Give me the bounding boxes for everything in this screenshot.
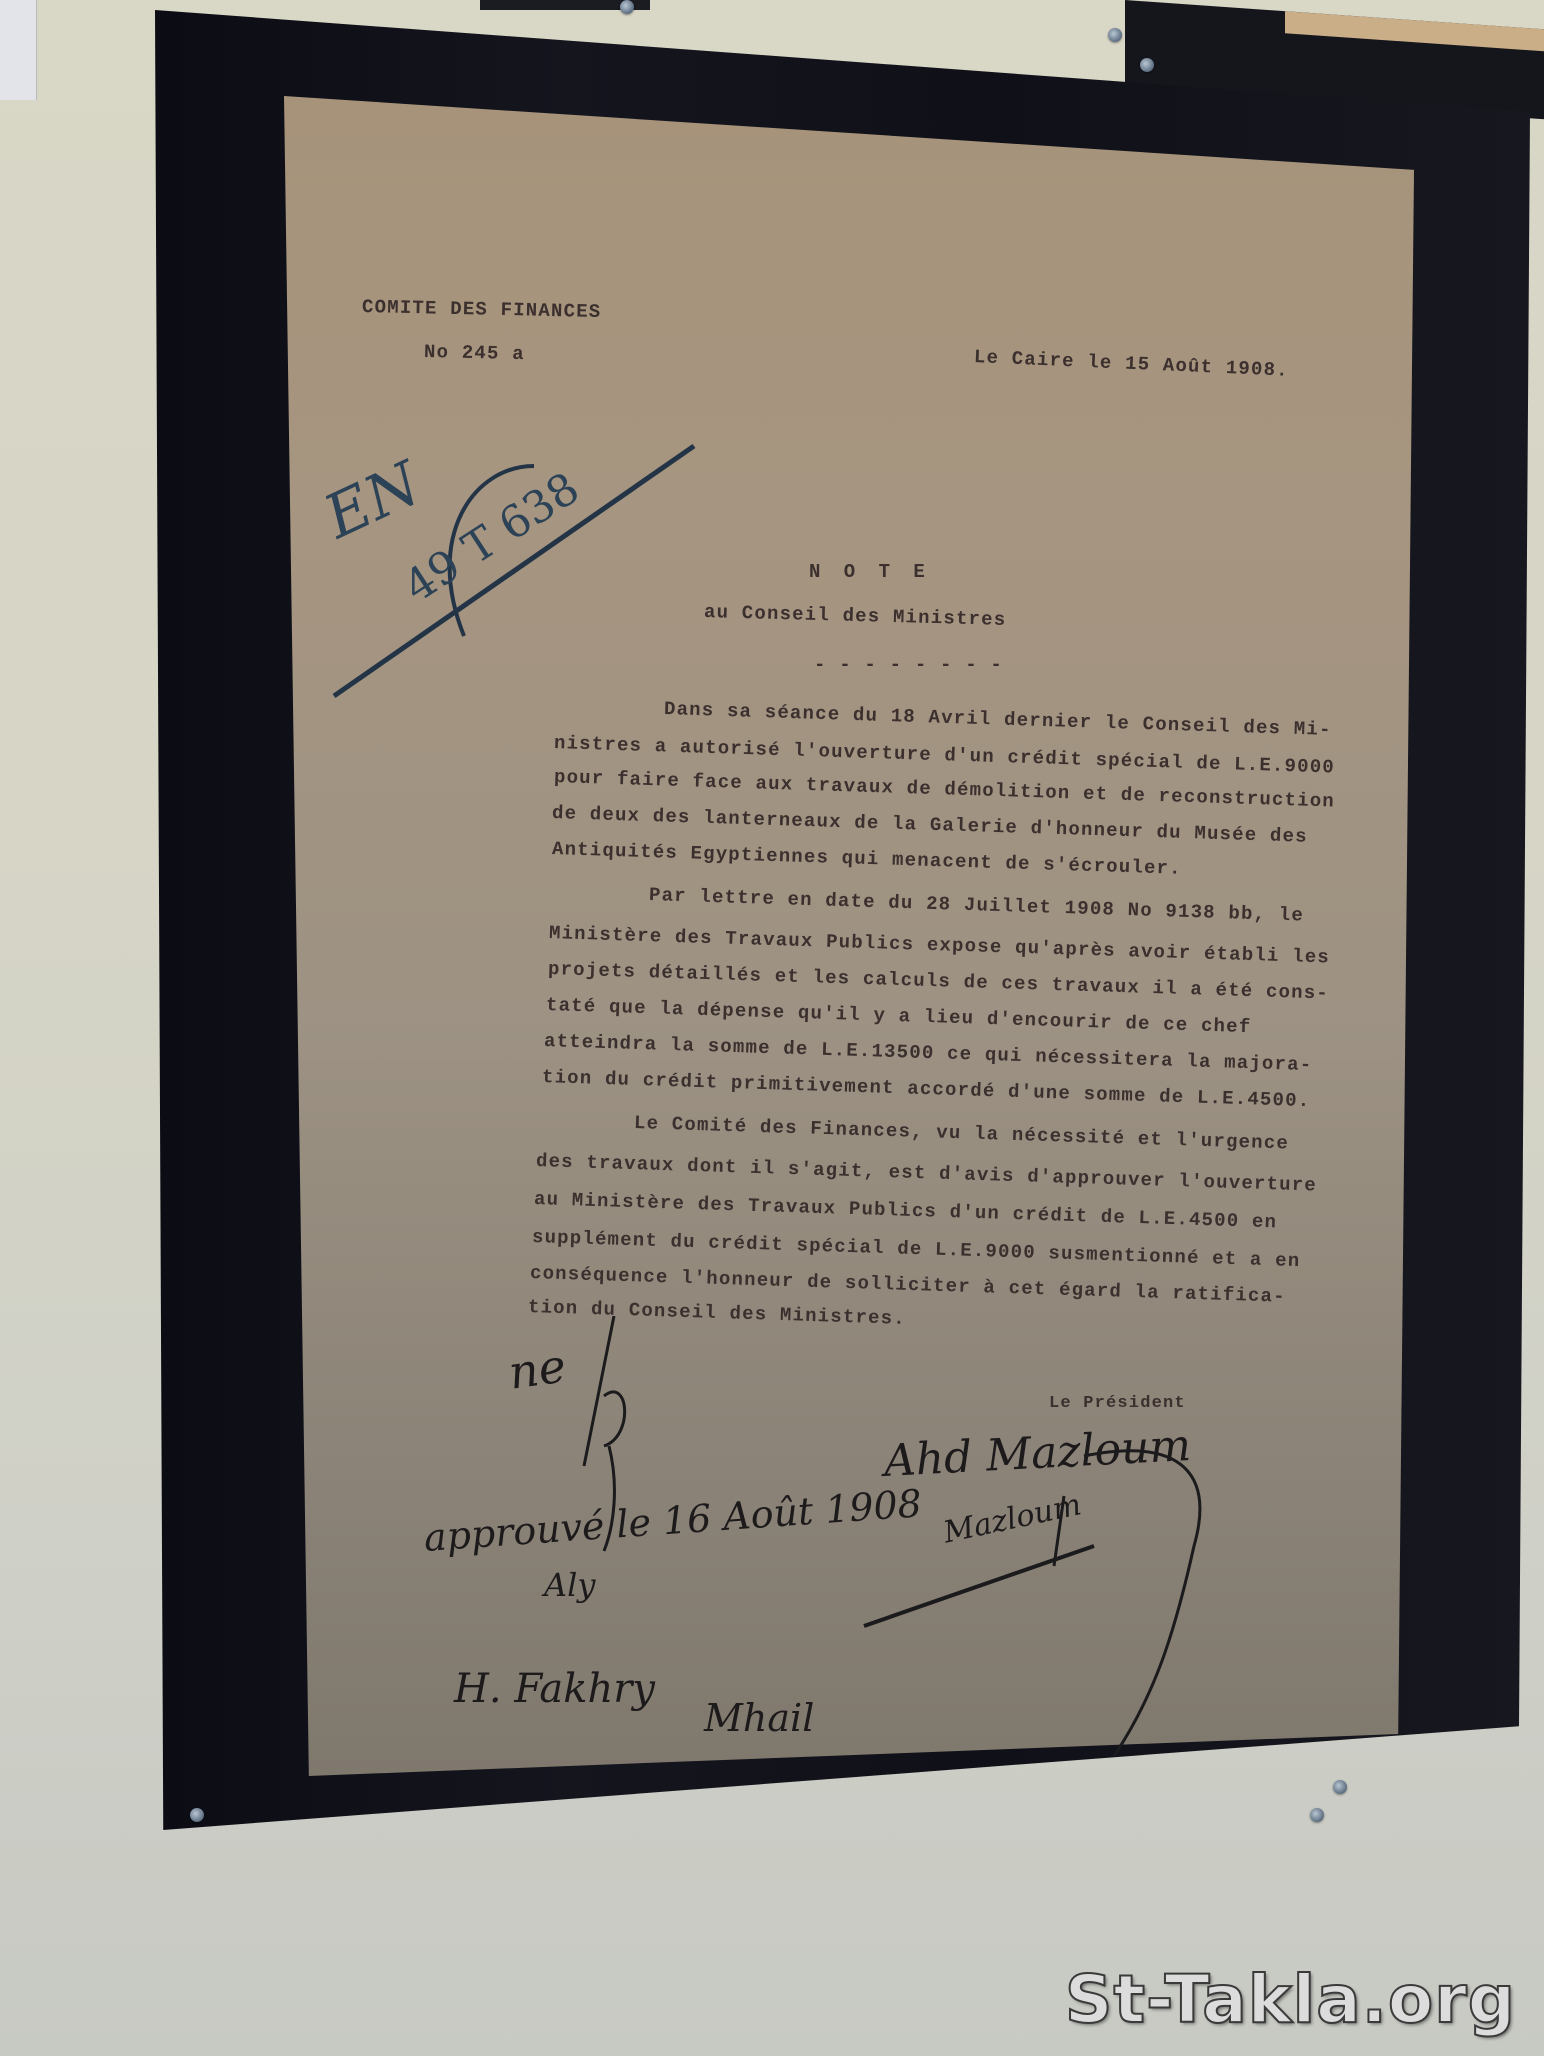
approval-note: approuvé le 16 Août 1908 [422,1481,923,1560]
body-line: des travaux dont il s'agit, est d'avis d… [536,1150,1318,1197]
typed-document: COMITE DES FINANCES No 245 a Le Caire le… [284,96,1414,1776]
screw-icon [620,0,634,14]
signature-label: Le Président [1049,1394,1186,1413]
body-line: Antiquités Egyptiennes qui menacent de s… [552,838,1182,880]
body-line: Le Comité des Finances, vu la nécessité … [634,1112,1290,1155]
wall-paper-scrap [0,0,37,100]
body-line: au Ministère des Travaux Publics d'un cr… [534,1188,1278,1233]
signature-aly: Aly [544,1566,595,1604]
signature-mhail: Mhail [704,1696,814,1740]
screw-icon [1108,28,1122,42]
body-line: taté que la dépense qu'il y a lieu d'enc… [546,994,1252,1038]
body-line: tion du crédit primitivement accordé d'u… [542,1066,1311,1112]
signature-fakhry: H. Fakhry [454,1666,655,1712]
screw-icon [1333,1780,1347,1794]
body-line: Dans sa séance du 18 Avril dernier le Co… [664,698,1332,741]
note-title: N O T E [809,561,931,583]
separator: - - - - - - - - [814,654,1003,676]
screw-icon [1310,1808,1324,1822]
site-watermark: St-Takla.org [1065,1961,1516,2038]
body-line: Par lettre en date du 28 Juillet 1908 No… [649,884,1305,927]
signature-flourish-icon [854,1436,1244,1766]
handwritten-initials: ne [505,1338,569,1399]
screw-icon [1140,58,1154,72]
place-date: Le Caire le 15 Août 1908. [974,346,1290,382]
note-subtitle: au Conseil des Ministres [704,601,1007,631]
committee-header: COMITE DES FINANCES [362,296,602,323]
screw-icon [190,1808,204,1822]
